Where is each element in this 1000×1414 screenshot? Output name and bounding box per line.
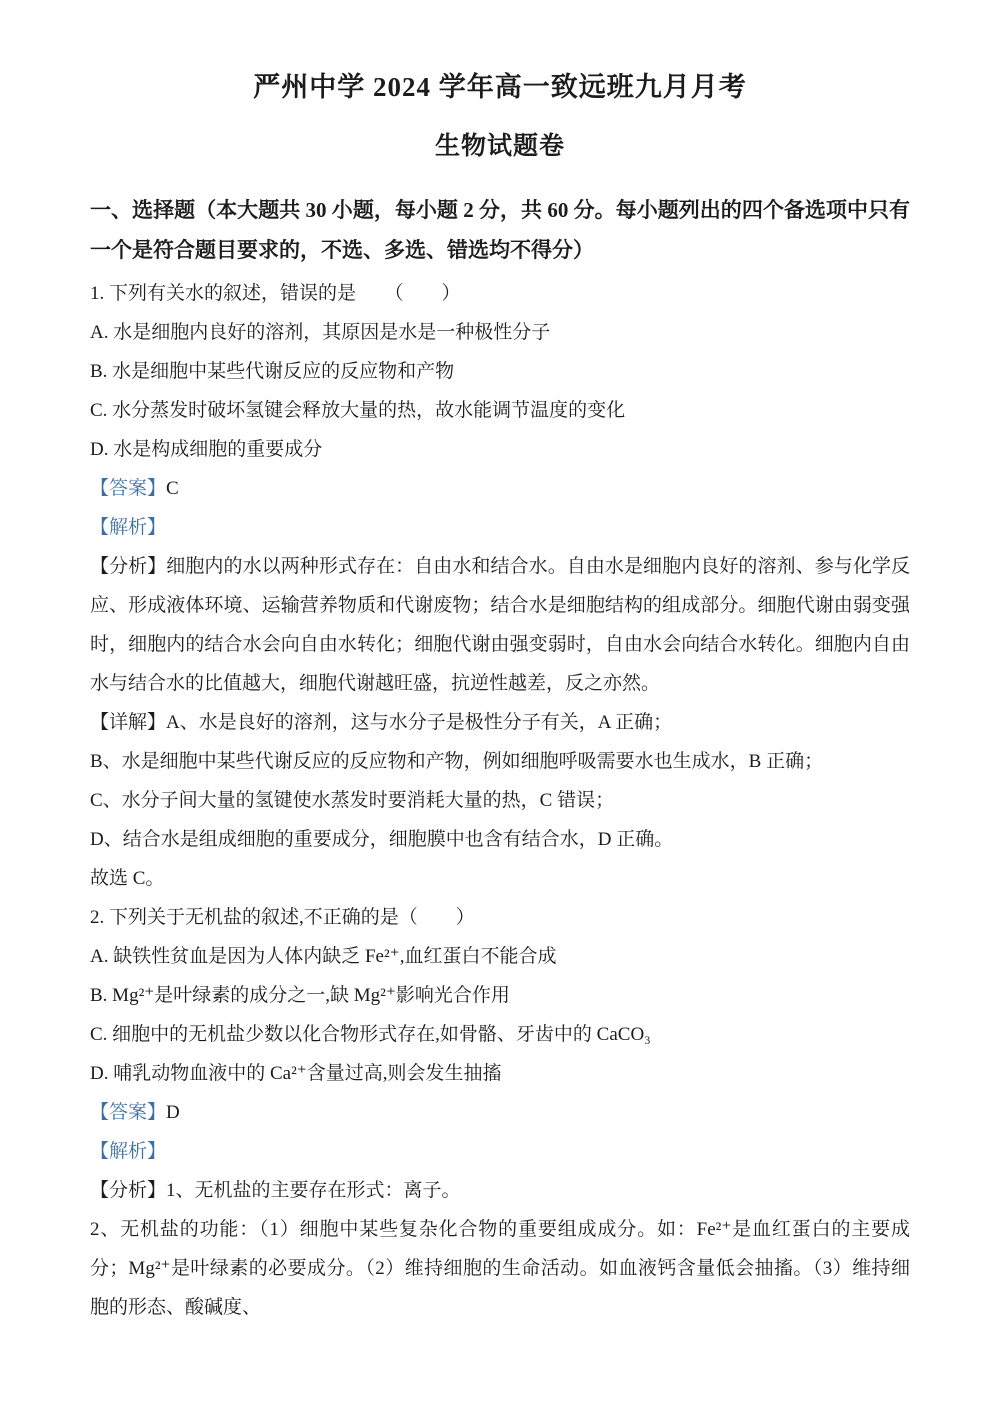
question-1-detail-b: B、水是细胞中某些代谢反应的反应物和产物，例如细胞呼吸需要水也生成水，B 正确； [90,742,910,781]
question-2-analysis-paragraph-1: 【分析】1、无机盐的主要存在形式：离子。 [90,1171,910,1210]
question-1-option-d: D. 水是构成细胞的重要成分 [90,430,910,469]
answer-value: C [166,478,179,499]
question-1-detail-c: C、水分子间大量的氢键使水蒸发时要消耗大量的热，C 错误； [90,781,910,820]
exam-title: 严州中学 2024 学年高一致远班九月月考 [90,68,910,106]
question-1-detail-d: D、结合水是组成细胞的重要成分，细胞膜中也含有结合水，D 正确。 [90,820,910,859]
question-2-analysis-label: 【解析】 [90,1132,910,1171]
exam-body: 1. 下列有关水的叙述，错误的是 （ ） A. 水是细胞内良好的溶剂，其原因是水… [90,274,910,1327]
answer-label: 【答案】 [90,1102,166,1123]
question-1-analysis-label: 【解析】 [90,508,910,547]
question-1-option-c: C. 水分蒸发时破坏氢键会释放大量的热，故水能调节温度的变化 [90,391,910,430]
question-2-option-a: A. 缺铁性贫血是因为人体内缺乏 Fe²⁺,血红蛋白不能合成 [90,937,910,976]
question-2-option-d: D. 哺乳动物血液中的 Ca²⁺含量过高,则会发生抽搐 [90,1054,910,1093]
answer-value: D [166,1102,180,1123]
question-1-detail-a: 【详解】A、水是良好的溶剂，这与水分子是极性分子有关，A 正确； [90,703,910,742]
exam-subtitle: 生物试题卷 [90,130,910,164]
question-1-conclusion: 故选 C。 [90,859,910,898]
question-2-stem: 2. 下列关于无机盐的叙述,不正确的是（ ） [90,898,910,937]
question-1-stem: 1. 下列有关水的叙述，错误的是 （ ） [90,274,910,313]
analysis-label: 【解析】 [90,517,166,538]
question-1-answer-line: 【答案】C [90,469,910,508]
question-2-option-b: B. Mg²⁺是叶绿素的成分之一,缺 Mg²⁺影响光合作用 [90,976,910,1015]
exam-document-page: 严州中学 2024 学年高一致远班九月月考 生物试题卷 一、选择题（本大题共 3… [0,0,1000,1414]
question-2-option-c: C. 细胞中的无机盐少数以化合物形式存在,如骨骼、牙齿中的 CaCO₃ [90,1015,910,1054]
question-1-option-b: B. 水是细胞中某些代谢反应的反应物和产物 [90,352,910,391]
question-1-option-a: A. 水是细胞内良好的溶剂，其原因是水是一种极性分子 [90,313,910,352]
analysis-label: 【解析】 [90,1141,166,1162]
question-2-analysis-paragraph-2: 2、无机盐的功能：（1）细胞中某些复杂化合物的重要组成成分。如：Fe²⁺是血红蛋… [90,1210,910,1327]
section-heading: 一、选择题（本大题共 30 小题，每小题 2 分，共 60 分。每小题列出的四个… [90,190,910,270]
question-2-answer-line: 【答案】D [90,1093,910,1132]
answer-label: 【答案】 [90,478,166,499]
question-1-analysis-paragraph: 【分析】细胞内的水以两种形式存在：自由水和结合水。自由水是细胞内良好的溶剂、参与… [90,547,910,703]
